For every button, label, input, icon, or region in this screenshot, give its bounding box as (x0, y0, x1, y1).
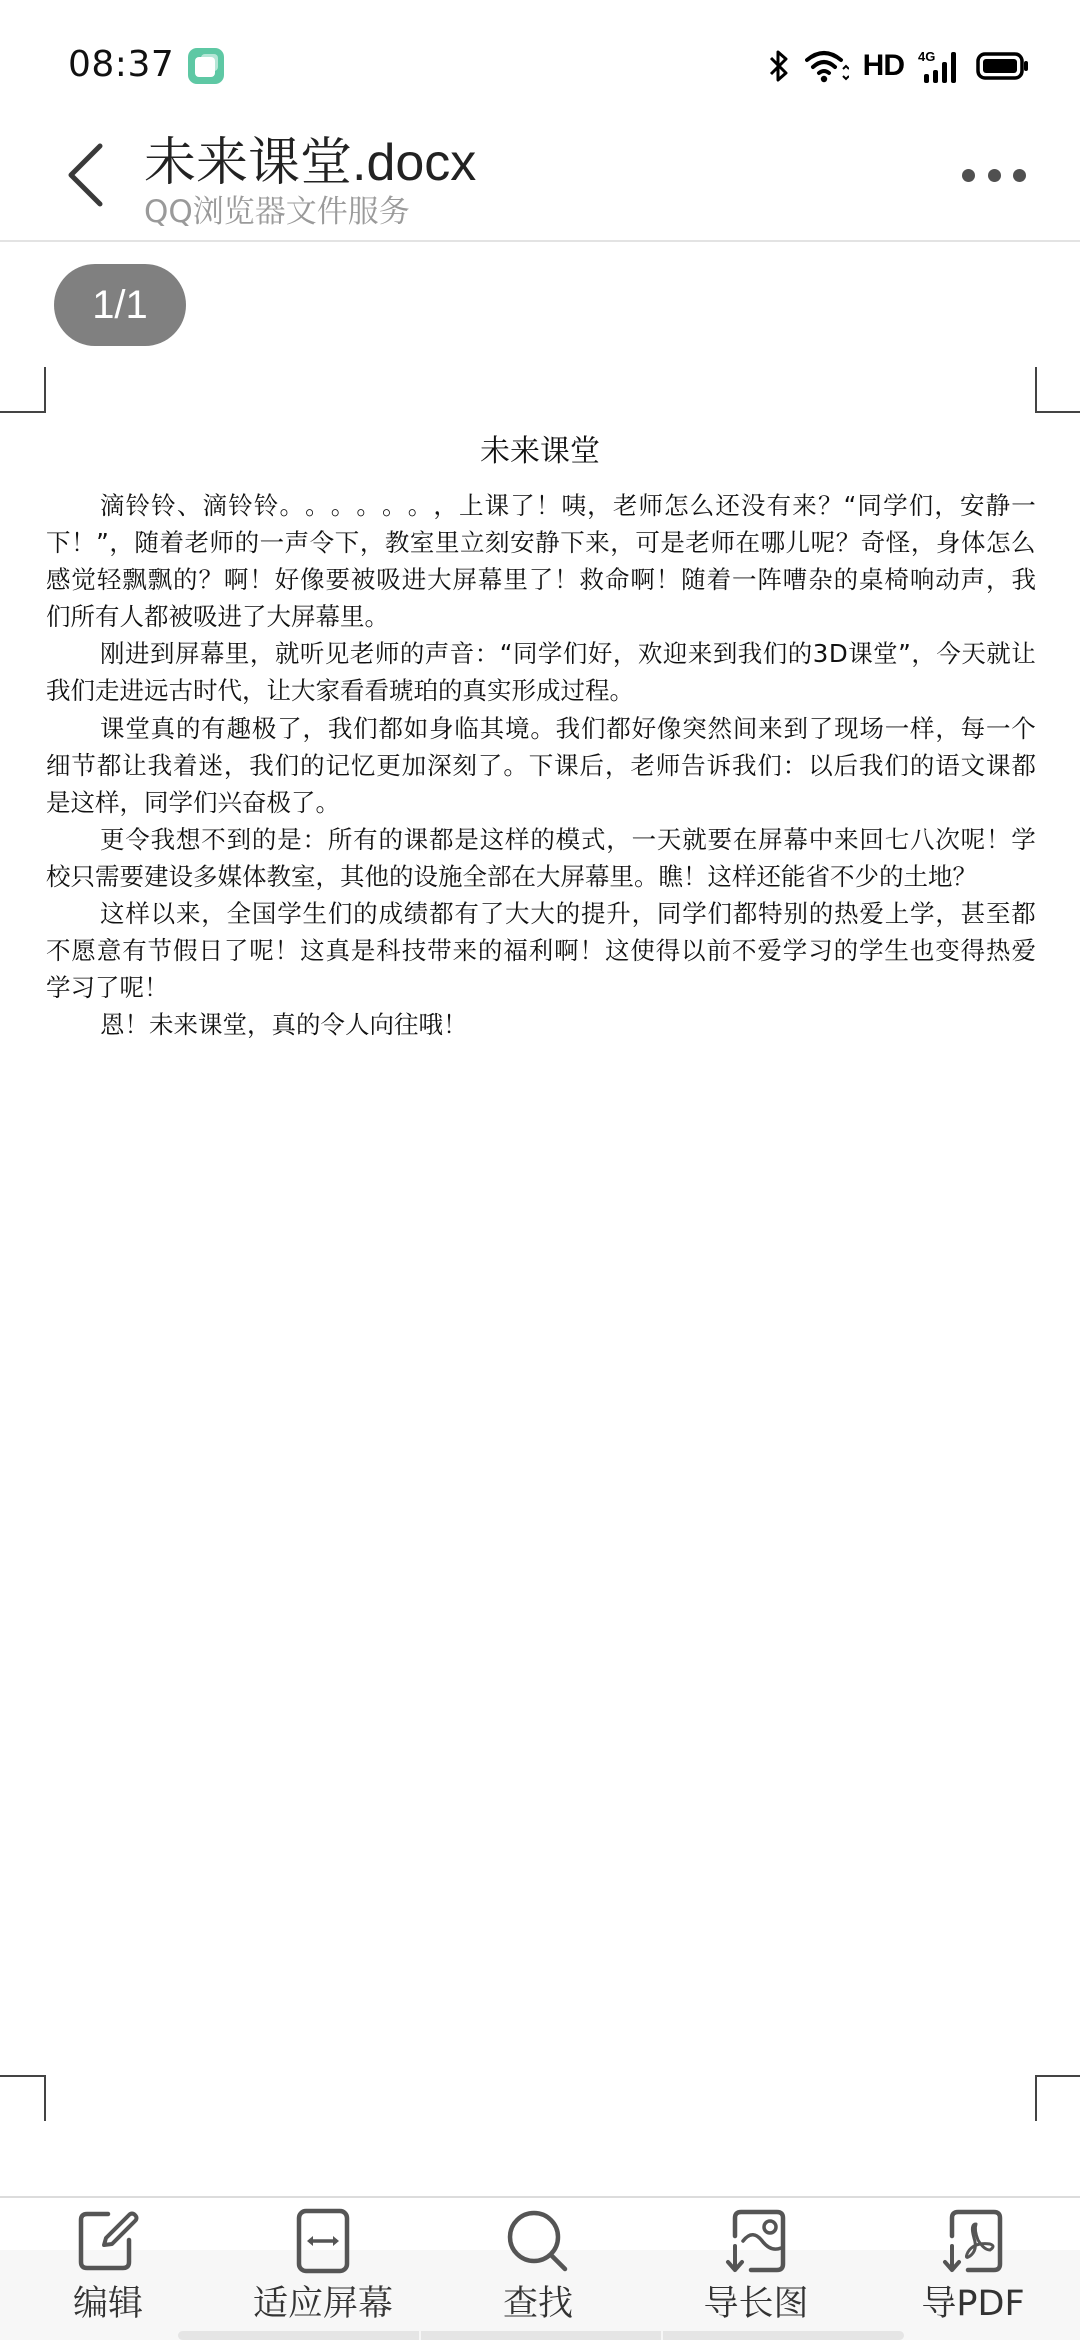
edit-button[interactable]: 编辑 (8, 2208, 208, 2338)
more-horizontal-icon (962, 169, 975, 182)
document-line: 校只需要建设多媒体教室，其他的设施全部在大屏幕里。瞧！这样还能省不少的土地？ (46, 858, 1036, 895)
hd-indicator: HD (863, 49, 904, 83)
status-time: 08:37 (68, 44, 174, 85)
edit-icon (75, 2208, 141, 2274)
search-button[interactable]: 查找 (438, 2208, 638, 2338)
page-corner-mark (1035, 367, 1080, 413)
export-pdf-icon (940, 2208, 1006, 2274)
bluetooth-icon (767, 49, 791, 83)
document-line-text: 学习了呢！ (46, 969, 169, 1006)
horizontal-scroll-indicator[interactable] (178, 2331, 904, 2340)
document-line-text: 校只需要建设多媒体教室，其他的设施全部在大屏幕里。瞧！这样还能省不少的土地？ (46, 858, 977, 895)
export-pdf-label: 导PDF (921, 2284, 1024, 2324)
document-line: 这样以来，全国学生们的成绩都有了大大的提升，同学们都特别的热爱上学，甚至都 (46, 895, 1036, 932)
document-line-text: 我们走进远古时代，让大家看看琥珀的真实形成过程。 (46, 672, 634, 709)
page-indicator: 1/1 (54, 264, 186, 346)
page-corner-mark (0, 367, 46, 413)
more-options-button[interactable] (962, 160, 1026, 190)
document-line-text: 恩！未来课堂，真的令人向往哦！ (100, 1006, 468, 1043)
document-line: 滴铃铃、滴铃铃。。。。。。，上课了！咦，老师怎么还没有来？“同学们，安静一 (46, 487, 1036, 524)
app-notification-icon (188, 48, 224, 84)
page-corner-mark (1035, 2075, 1080, 2121)
search-label: 查找 (503, 2284, 573, 2324)
fit-screen-label: 适应屏幕 (253, 2284, 393, 2324)
search-icon (505, 2208, 571, 2274)
document-line: 们所有人都被吸进了大屏幕里。 (46, 598, 1036, 635)
document-line-text: 是这样，同学们兴奋极了。 (46, 784, 340, 821)
battery-icon (976, 51, 1030, 81)
status-bar: 08:37 HD 4G (0, 0, 1080, 120)
document-line: 恩！未来课堂，真的令人向往哦！ (46, 1006, 1036, 1043)
signal-icon: 4G (918, 48, 962, 84)
more-horizontal-icon (988, 169, 1001, 182)
bottom-toolbar: 编辑 适应屏幕 查找 导长图 导PDF (0, 2196, 1080, 2340)
document-line: 刚进到屏幕里，就听见老师的声音：“同学们好，欢迎来到我们的3D课堂”，今天就让 (46, 635, 1036, 672)
svg-text:4G: 4G (918, 49, 935, 64)
status-indicators: HD 4G (767, 44, 1030, 88)
document-line: 下！”，随着老师的一声令下，教室里立刻安静下来，可是老师在哪儿呢？奇怪，身体怎么 (46, 524, 1036, 561)
chevron-left-icon (60, 130, 120, 220)
edit-label: 编辑 (73, 2284, 143, 2324)
document-line: 我们走进远古时代，让大家看看琥珀的真实形成过程。 (46, 672, 1036, 709)
page-corner-mark (0, 2075, 46, 2121)
document-line: 感觉轻飘飘的？啊！好像要被吸进大屏幕里了！救命啊！随着一阵嘈杂的桌椅响动声，我 (46, 561, 1036, 598)
fit-screen-icon (290, 2208, 356, 2274)
document-body: 滴铃铃、滴铃铃。。。。。。，上课了！咦，老师怎么还没有来？“同学们，安静一下！”… (46, 487, 1036, 1043)
document-line: 是这样，同学们兴奋极了。 (46, 784, 1036, 821)
document-title: 未来课堂.docx (144, 120, 476, 195)
document-line: 课堂真的有趣极了，我们都如身临其境。我们都好像突然间来到了现场一样，每一个 (46, 710, 1036, 747)
export-pdf-button[interactable]: 导PDF (873, 2208, 1073, 2338)
document-source: QQ浏览器文件服务 (144, 186, 410, 231)
document-line: 更令我想不到的是：所有的课都是这样的模式，一天就要在屏幕中来回七八次呢！学 (46, 821, 1036, 858)
wifi-icon (805, 49, 849, 83)
document-heading: 未来课堂 (0, 426, 1080, 470)
document-line: 细节都让我着迷，我们的记忆更加深刻了。下课后，老师告诉我们：以后我们的语文课都 (46, 747, 1036, 784)
export-long-image-icon (723, 2208, 789, 2274)
fit-screen-button[interactable]: 适应屏幕 (223, 2208, 423, 2338)
document-line: 不愿意有节假日了呢！这真是科技带来的福利啊！这使得以前不爱学习的学生也变得热爱 (46, 932, 1036, 969)
header-bar: 未来课堂.docx QQ浏览器文件服务 (0, 120, 1080, 242)
back-button[interactable] (60, 130, 120, 220)
export-long-image-button[interactable]: 导长图 (656, 2208, 856, 2338)
more-horizontal-icon (1013, 169, 1026, 182)
document-line: 学习了呢！ (46, 969, 1036, 1006)
document-line-text: 们所有人都被吸进了大屏幕里。 (46, 598, 389, 635)
export-long-image-label: 导长图 (703, 2284, 808, 2324)
